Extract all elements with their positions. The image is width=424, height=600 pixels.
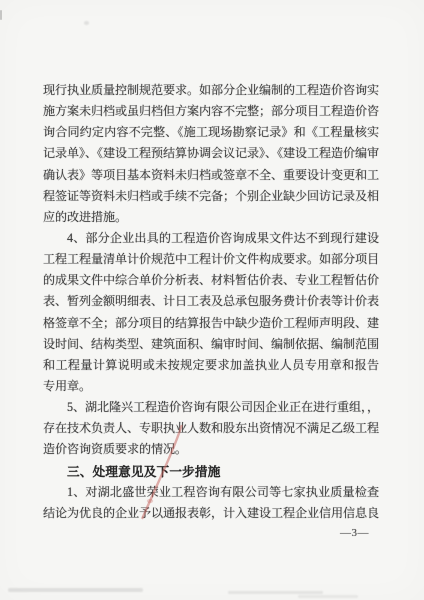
- document-line: 4、部分企业出具的工程造价咨询成果文件达不到现行建设: [43, 228, 379, 249]
- scanned-document-page: 现行执业质量控制规范要求。如部分企业编制的工程造价咨询实施方案未归档或虽归档但方…: [0, 0, 424, 600]
- document-line: 表、暂列金额明细表、计日工表及总承包服务费计价表等计价表: [43, 291, 379, 312]
- document-line: 1、对湖北盛世荣业工程咨询有限公司等七家执业质量检查: [43, 482, 379, 503]
- document-line: 设时间、结构类型、建筑面积、编审时间、编制依据、编制范围: [43, 334, 379, 355]
- document-line: 造价咨询资质要求的情况。: [43, 439, 379, 460]
- document-line: 应的改进措施。: [43, 207, 379, 228]
- document-line: 的成果文件中综合单价分析表、材料暂估价表、专业工程暂估价: [43, 270, 379, 291]
- page-number: —3—: [340, 527, 369, 539]
- document-line: 施方案未归档或虽归档但方案内容不完整；部分项目工程造价咨: [43, 101, 379, 122]
- document-line: 存在技术负责人、专职执业人数和股东出资情况不满足乙级工程: [43, 418, 379, 439]
- document-line: 结论为优良的企业予以通报表彰，计入建设工程企业信用信息良: [43, 503, 379, 524]
- document-line: 和工程量计算说明或未按规定要求加盖执业人员专用章和报告: [43, 355, 379, 376]
- document-line: 格签章不全；部分项目的结算报告中缺少造价工程师声明段、建: [43, 313, 379, 334]
- scan-artifact-smudge: [228, 591, 323, 594]
- scan-artifact-speck: [84, 21, 89, 25]
- document-line: 现行执业质量控制规范要求。如部分企业编制的工程造价咨询实: [43, 80, 379, 101]
- scan-artifact-edge-mark: [0, 10, 2, 20]
- scan-artifact-smudge: [8, 588, 143, 592]
- document-line: 确认表》等项目基本资料未归档或签章不全、重要设计变更和工: [43, 165, 379, 186]
- scan-artifact-smudge: [298, 595, 358, 598]
- document-line: 程签证等资料未归档或手续不完备；个别企业缺少回访记录及相: [43, 186, 379, 207]
- section-heading: 三、处理意见及下一步措施: [43, 461, 379, 482]
- document-line: 工程工程量清单计价规范中工程计价文件构成要求。如部分项目: [43, 249, 379, 270]
- document-line: 5、湖北隆兴工程造价咨询有限公司因企业正在进行重组，，: [43, 397, 379, 418]
- document-body: 现行执业质量控制规范要求。如部分企业编制的工程造价咨询实施方案未归档或虽归档但方…: [43, 80, 379, 524]
- document-line: 询合同约定内容不完整、《施工现场勘察记录》和《工程量核实: [43, 122, 379, 143]
- document-line: 专用章。: [43, 376, 379, 397]
- document-line: 记录单》、《建设工程预结算协调会议记录》、《建设工程造价编审: [43, 143, 379, 164]
